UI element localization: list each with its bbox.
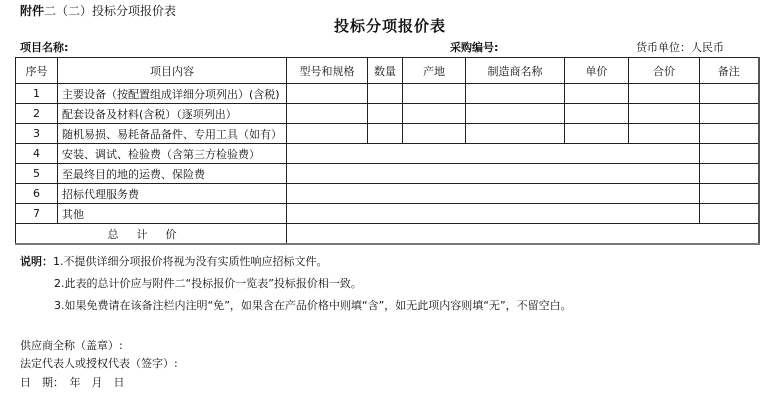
col-header-content: 项目内容	[58, 58, 287, 84]
document-title: 投标分项报价表	[0, 15, 780, 36]
currency-value: 人民币	[691, 41, 724, 54]
row-content: 其他	[58, 204, 287, 224]
col-header-unit-price: 单价	[565, 58, 629, 84]
cell-remark[interactable]	[700, 184, 759, 204]
cell-model[interactable]	[287, 104, 368, 124]
notes-label: 说明：	[20, 255, 53, 268]
row-seq: 7	[16, 204, 58, 224]
cell-total-price[interactable]	[629, 124, 700, 144]
total-price-label: 总计价	[16, 224, 287, 245]
table-row: 4 安装、调试、检验费（含第三方检验费）	[16, 144, 759, 164]
col-header-origin: 产地	[403, 58, 466, 84]
quote-table: 序号 项目内容 型号和规格 数量 产地 制造商名称 单价 合价 备注 1 主要设…	[15, 57, 760, 245]
table-row: 7 其他	[16, 204, 759, 224]
cell-amount[interactable]	[287, 204, 700, 224]
cell-manufacturer[interactable]	[466, 84, 565, 104]
cell-remark[interactable]	[700, 144, 759, 164]
cell-amount[interactable]	[287, 184, 700, 204]
currency-label: 货币单位：	[636, 41, 691, 54]
cell-manufacturer[interactable]	[466, 124, 565, 144]
cell-amount[interactable]	[287, 144, 700, 164]
supplier-name-line: 供应商全称（盖章）:	[20, 337, 123, 353]
representative-signature-line: 法定代表人或授权代表（签字）:	[20, 355, 178, 371]
table-row: 2 配套设备及材料(含税）（逐项列出）	[16, 104, 759, 124]
note-3: 3.如果免费请在该备注栏内注明“免”，如果含在产品价格中则填“含”，如无此项内容…	[54, 297, 572, 313]
cell-remark[interactable]	[700, 204, 759, 224]
cell-unit-price[interactable]	[565, 84, 629, 104]
cell-unit-price[interactable]	[565, 124, 629, 144]
cell-amount[interactable]	[287, 164, 700, 184]
cell-origin[interactable]	[403, 84, 466, 104]
col-header-model: 型号和规格	[287, 58, 368, 84]
table-header-row: 序号 项目内容 型号和规格 数量 产地 制造商名称 单价 合价 备注	[16, 58, 759, 84]
cell-quantity[interactable]	[368, 104, 403, 124]
cell-quantity[interactable]	[368, 124, 403, 144]
cell-remark[interactable]	[700, 104, 759, 124]
cell-origin[interactable]	[403, 104, 466, 124]
row-content: 主要设备（按配置组成详细分项列出）(含税)	[58, 84, 287, 104]
row-seq: 4	[16, 144, 58, 164]
row-seq: 6	[16, 184, 58, 204]
project-name-label: 项目名称:	[20, 39, 68, 55]
cell-quantity[interactable]	[368, 84, 403, 104]
total-row: 总计价	[16, 224, 759, 245]
row-content: 安装、调试、检验费（含第三方检验费）	[58, 144, 287, 164]
row-content: 至最终目的地的运费、保险费	[58, 164, 287, 184]
cell-total-price[interactable]	[629, 84, 700, 104]
col-header-total-price: 合价	[629, 58, 700, 84]
cell-unit-price[interactable]	[565, 104, 629, 124]
row-seq: 1	[16, 84, 58, 104]
row-content: 招标代理服务费	[58, 184, 287, 204]
row-seq: 5	[16, 164, 58, 184]
cell-remark[interactable]	[700, 124, 759, 144]
table-row: 3 随机易损、易耗备品备件、专用工具（如有）	[16, 124, 759, 144]
cell-total-price[interactable]	[629, 104, 700, 124]
procurement-number-label: 采购编号:	[450, 39, 498, 55]
row-seq: 3	[16, 124, 58, 144]
row-content: 配套设备及材料(含税）（逐项列出）	[58, 104, 287, 124]
cell-model[interactable]	[287, 124, 368, 144]
cell-remark[interactable]	[700, 164, 759, 184]
total-price-value[interactable]	[287, 224, 759, 245]
row-seq: 2	[16, 104, 58, 124]
table-row: 1 主要设备（按配置组成详细分项列出）(含税)	[16, 84, 759, 104]
cell-origin[interactable]	[403, 124, 466, 144]
row-content: 随机易损、易耗备品备件、专用工具（如有）	[58, 124, 287, 144]
cell-manufacturer[interactable]	[466, 104, 565, 124]
note-text: 1.不提供详细分项报价将视为没有实质性响应招标文件。	[53, 255, 328, 268]
col-header-manufacturer: 制造商名称	[466, 58, 565, 84]
table-row: 6 招标代理服务费	[16, 184, 759, 204]
col-header-remark: 备注	[700, 58, 759, 84]
date-line: 日 期： 年 月 日	[20, 374, 125, 390]
table-row: 5 至最终目的地的运费、保险费	[16, 164, 759, 184]
cell-remark[interactable]	[700, 84, 759, 104]
note-1: 说明：1.不提供详细分项报价将视为没有实质性响应招标文件。	[20, 253, 328, 269]
col-header-quantity: 数量	[368, 58, 403, 84]
cell-model[interactable]	[287, 84, 368, 104]
col-header-seq: 序号	[16, 58, 58, 84]
note-2: 2.此表的总计价应与附件二“投标报价一览表”投标报价相一致。	[54, 275, 362, 291]
currency-unit: 货币单位：人民币	[636, 39, 724, 55]
